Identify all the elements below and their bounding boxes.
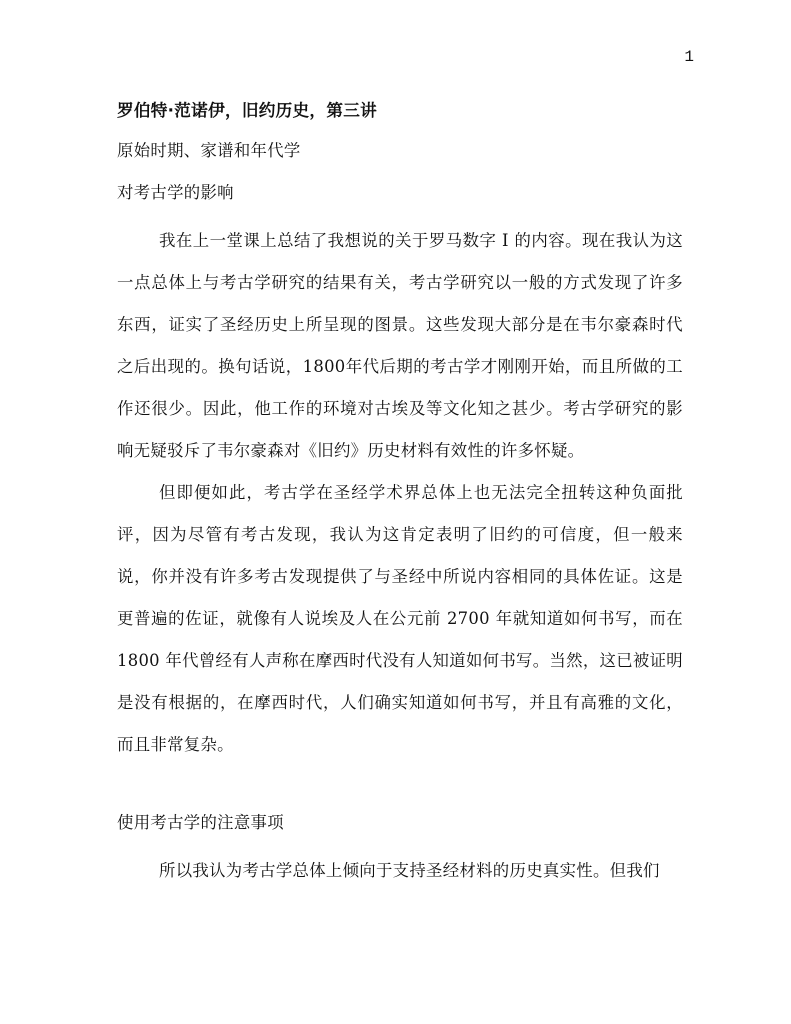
subsection-heading-archaeology-impact: 对考古学的影响	[117, 178, 683, 208]
document-body: 罗伯特·范诺伊，旧约历史，第三讲 原始时期、家谱和年代学 对考古学的影响 我在上…	[117, 96, 683, 892]
paragraph: 所以我认为考古学总体上倾向于支持圣经材料的历史真实性。但我们	[117, 850, 683, 892]
paragraph: 我在上一堂课上总结了我想说的关于罗马数字 I 的内容。现在我认为这一点总体上与考…	[117, 220, 683, 472]
paragraph: 但即便如此，考古学在圣经学术界总体上也无法完全扭转这种负面批评，因为尽管有考古发…	[117, 472, 683, 766]
subsection-heading-archaeology-caveats: 使用考古学的注意事项	[117, 808, 683, 838]
spacer	[117, 766, 683, 796]
document-title: 罗伯特·范诺伊，旧约历史，第三讲	[117, 96, 683, 126]
page-number: 1	[664, 48, 694, 66]
section-heading: 原始时期、家谱和年代学	[117, 136, 683, 166]
